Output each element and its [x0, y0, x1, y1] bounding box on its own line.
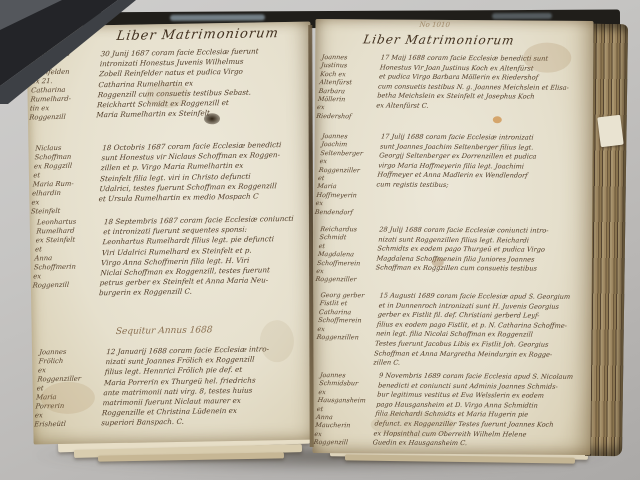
margin-note: Georg gerber Fistlit et Catharina Schoff… [314, 291, 375, 368]
right-page-title: Liber Matrimoniorum [362, 32, 516, 47]
page-stain [523, 42, 571, 72]
marriage-entry: Joannes Joachim Seltenberger ex Roggenzi… [318, 132, 587, 218]
left-page: Liber Matrimoniorum Wilhelmus Zobell Rei… [26, 22, 317, 445]
paper-tab [597, 115, 623, 148]
ink-blot [204, 113, 220, 124]
entry-text: 18 Septembris 1687 coram facie Ecclesiæ … [99, 214, 312, 299]
marriage-entry: Georg gerber Fistlit et Catharina Schoff… [317, 291, 586, 370]
page-stain [493, 116, 502, 123]
margin-note: Niclaus Schoffman ex Roggzill et Maria R… [31, 143, 98, 216]
entry-text: 18 Octobris 1687 coram facie Ecclesiæ be… [98, 140, 310, 216]
margin-note: Joannes Joachim Seltenberger ex Roggenzi… [314, 132, 376, 216]
entry-text: 30 Junij 1687 coram facie Ecclesiæ fueru… [96, 46, 308, 122]
margin-note: Joannes Schmidsbur ex Hausgansheim et An… [313, 371, 374, 448]
entry-text: 9 Novembris 1689 coram facie Ecclesia ap… [372, 371, 588, 449]
entry-text: 17 Julij 1688 coram facie Ecclesiæ intro… [373, 132, 590, 217]
entry-text: 28 Julij 1688 coram facie Ecclesiæ coniu… [374, 225, 589, 285]
marriage-entry: Leonhartus Rumelhard ex Steinfelt et Ann… [34, 214, 309, 300]
page-stain [371, 411, 455, 438]
margin-note: Joannes Justinus Koch ex Altenfürst Barb… [316, 53, 376, 121]
right-page: No 1010 Liber Matrimoniorum Joannes Just… [312, 19, 593, 455]
book-gutter [308, 25, 313, 447]
marriage-entry: Joannes Schmidsbur ex Hausgansheim et An… [317, 371, 586, 450]
marriage-entry: Reichardus Schmidt et Magdalena Schoffme… [318, 225, 586, 286]
entry-text: 15 Augusti 1689 coram facie Ecclesiæ apu… [373, 291, 589, 369]
binding-blue-tint [170, 14, 265, 20]
year-heading: Sequitur Annus 1688 [115, 325, 212, 337]
marriage-entry: Niclaus Schoffman ex Roggzill et Maria R… [32, 140, 307, 217]
page-stain [432, 258, 444, 267]
margin-note: Leonhartus Rumelhard ex Steinfelt et Ann… [32, 217, 100, 300]
margin-note: Reichardus Schmidt et Magdalena Schoffme… [315, 225, 375, 284]
archive-number: No 1010 [419, 21, 450, 29]
binding-blue-tint [492, 13, 552, 19]
left-page-title: Liber Matrimoniorum [116, 26, 280, 44]
